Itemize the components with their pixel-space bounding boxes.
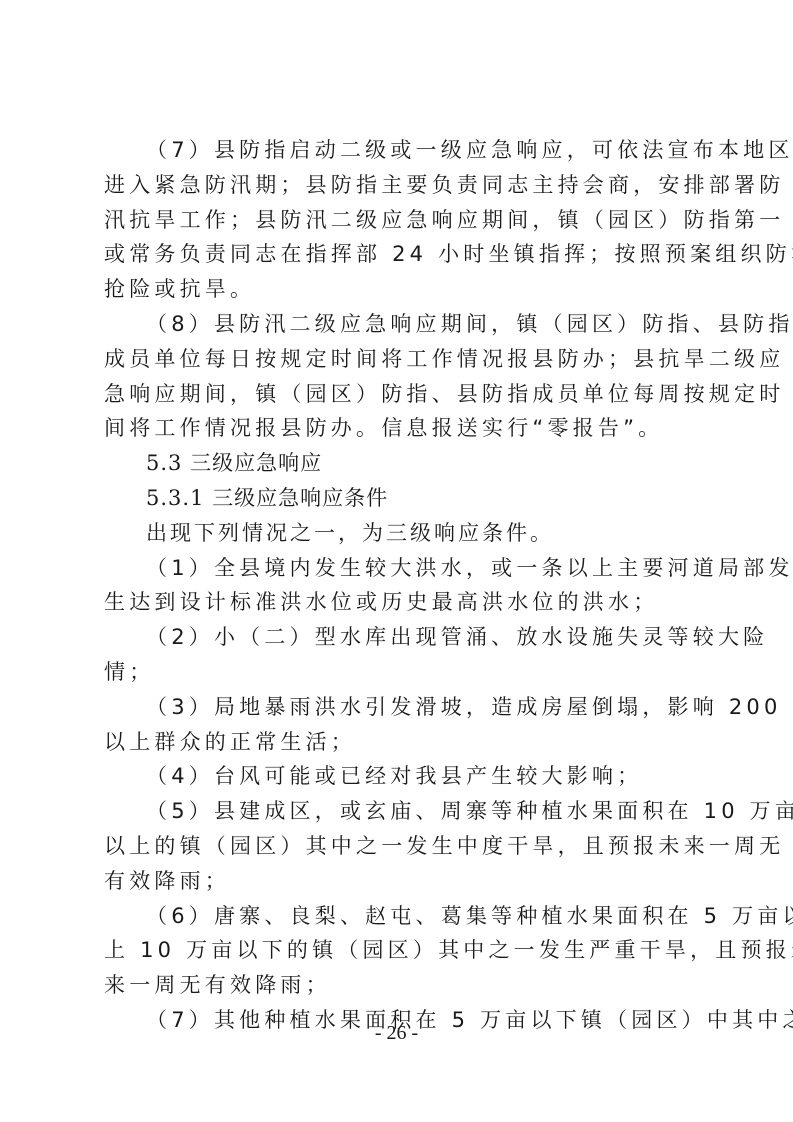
text-line: （4）台风可能或已经对我县产生较大影响；: [146, 761, 692, 791]
text-line: 以上的镇（园区）其中之一发生中度干旱，且预报未来一周无: [104, 831, 692, 861]
text-line: 以上群众的正常生活；: [104, 727, 692, 757]
text-line: 上 10 万亩以下的镇（园区）其中之一发生严重干旱，且预报未: [104, 935, 692, 965]
text-line: （3）局地暴雨洪水引发滑坡，造成房屋倒塌，影响 200 人: [146, 692, 692, 722]
text-line: 或常务负责同志在指挥部 24 小时坐镇指挥；按照预案组织防汛: [104, 239, 692, 269]
text-line: （1）全县境内发生较大洪水，或一条以上主要河道局部发: [146, 553, 692, 583]
text-line: 汛抗旱工作；县防汛二级应急响应期间，镇（园区）防指第一: [104, 205, 692, 235]
text-line: 急响应期间，镇（园区）防指、县防指成员单位每周按规定时: [104, 379, 692, 409]
text-line: 情；: [104, 657, 692, 687]
text-line: 生达到设计标准洪水位或历史最高洪水位的洪水；: [104, 587, 692, 617]
text-line: 有效降雨；: [104, 866, 692, 896]
text-line: （6）唐寨、良梨、赵屯、葛集等种植水果面积在 5 万亩以: [146, 901, 692, 931]
text-line: （2）小（二）型水库出现管涌、放水设施失灵等较大险: [146, 622, 692, 652]
document-page: （7）县防指启动二级或一级应急响应，可依法宣布本地区进入紧急防汛期；县防指主要负…: [0, 0, 793, 1122]
page-number: - 26 -: [0, 1022, 793, 1045]
text-line: （8）县防汛二级应急响应期间，镇（园区）防指、县防指: [146, 309, 692, 339]
text-line: 来一周无有效降雨；: [104, 970, 692, 1000]
section-heading: 5.3.1 三级应急响应条件: [146, 483, 692, 513]
text-line: 间将工作情况报县防办。信息报送实行“零报告”。: [104, 413, 692, 443]
text-line: 出现下列情况之一，为三级响应条件。: [146, 518, 692, 548]
text-line: 成员单位每日按规定时间将工作情况报县防办；县抗旱二级应: [104, 344, 692, 374]
section-heading: 5.3 三级应急响应: [146, 448, 692, 478]
text-line: 进入紧急防汛期；县防指主要负责同志主持会商，安排部署防: [104, 170, 692, 200]
text-line: （5）县建成区，或玄庙、周寨等种植水果面积在 10 万亩: [146, 796, 692, 826]
text-line: （7）县防指启动二级或一级应急响应，可依法宣布本地区: [146, 135, 692, 165]
text-line: 抢险或抗旱。: [104, 274, 692, 304]
